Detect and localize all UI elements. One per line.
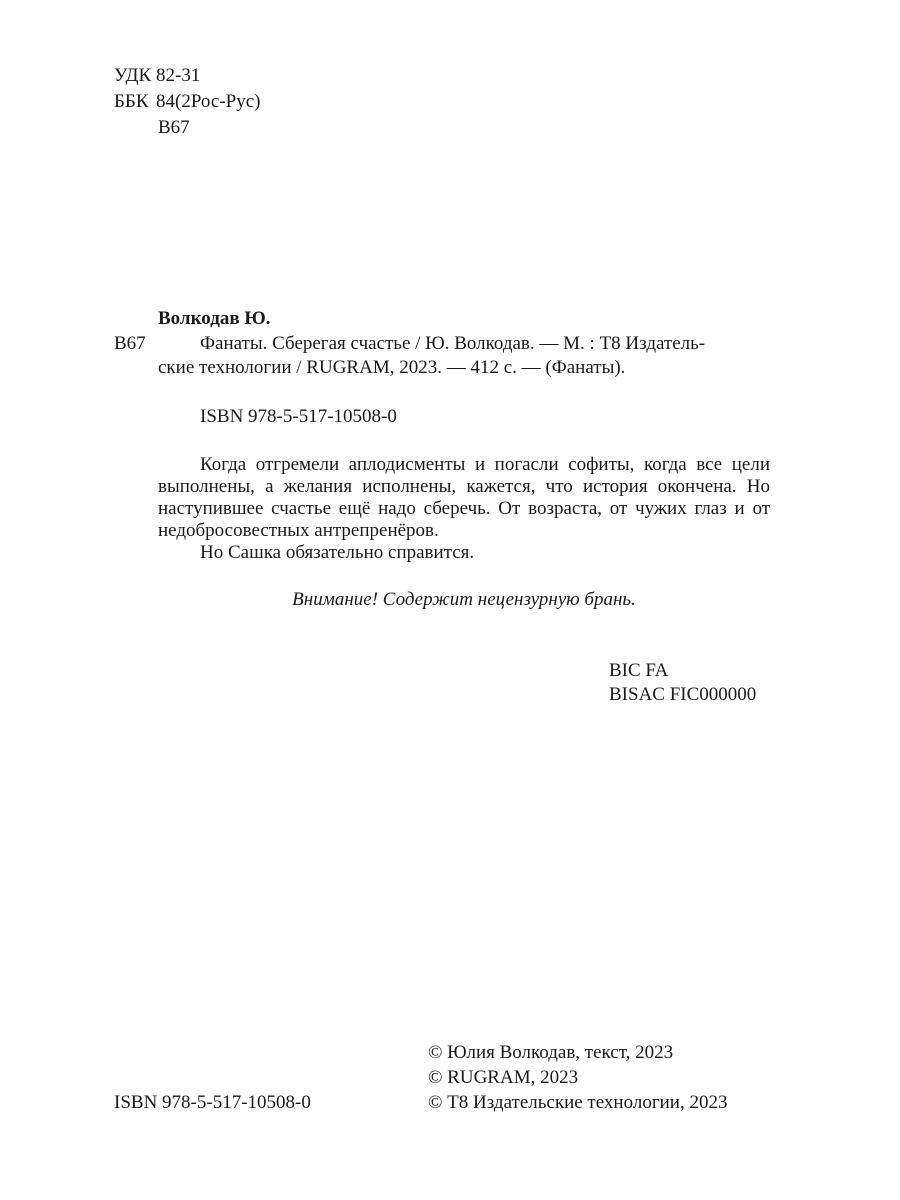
author-heading: Волкодав Ю.: [158, 307, 271, 331]
copyright-publisher: © Т8 Издательские технологии, 2023: [428, 1091, 727, 1115]
author-mark: В67: [114, 332, 146, 356]
annotation: Когда отгремели аплодисменты и погасли с…: [158, 454, 770, 564]
bic-code: BIC FA: [609, 659, 668, 683]
description-line-1: Фанаты. Сберегая счастье / Ю. Волкодав. …: [200, 332, 705, 356]
bbk-value: 84(2Рос-Рус): [156, 91, 260, 112]
author-mark-top: В67: [158, 116, 190, 140]
isbn-record: ISBN 978-5-517-10508-0: [200, 405, 397, 429]
content-warning: Внимание! Содержит нецензурную брань.: [0, 588, 900, 612]
udk-line: УДК82-31: [114, 64, 200, 88]
description-line-2: ские технологии / RUGRAM, 2023. — 412 с.…: [158, 356, 625, 380]
udk-label: УДК: [114, 64, 156, 88]
copyright-rugram: © RUGRAM, 2023: [428, 1066, 578, 1090]
copyright-author: © Юлия Волкодав, текст, 2023: [428, 1041, 673, 1065]
bbk-label: ББК: [114, 90, 156, 114]
annotation-paragraph-1: Когда отгремели аплодисменты и погасли с…: [158, 454, 770, 542]
isbn-footer: ISBN 978-5-517-10508-0: [114, 1091, 311, 1115]
bisac-code: BISAC FIC000000: [609, 683, 756, 707]
annotation-paragraph-2: Но Сашка обязательно справится.: [158, 542, 770, 564]
bbk-line: ББК84(2Рос-Рус): [114, 90, 260, 114]
udk-value: 82-31: [156, 65, 200, 86]
